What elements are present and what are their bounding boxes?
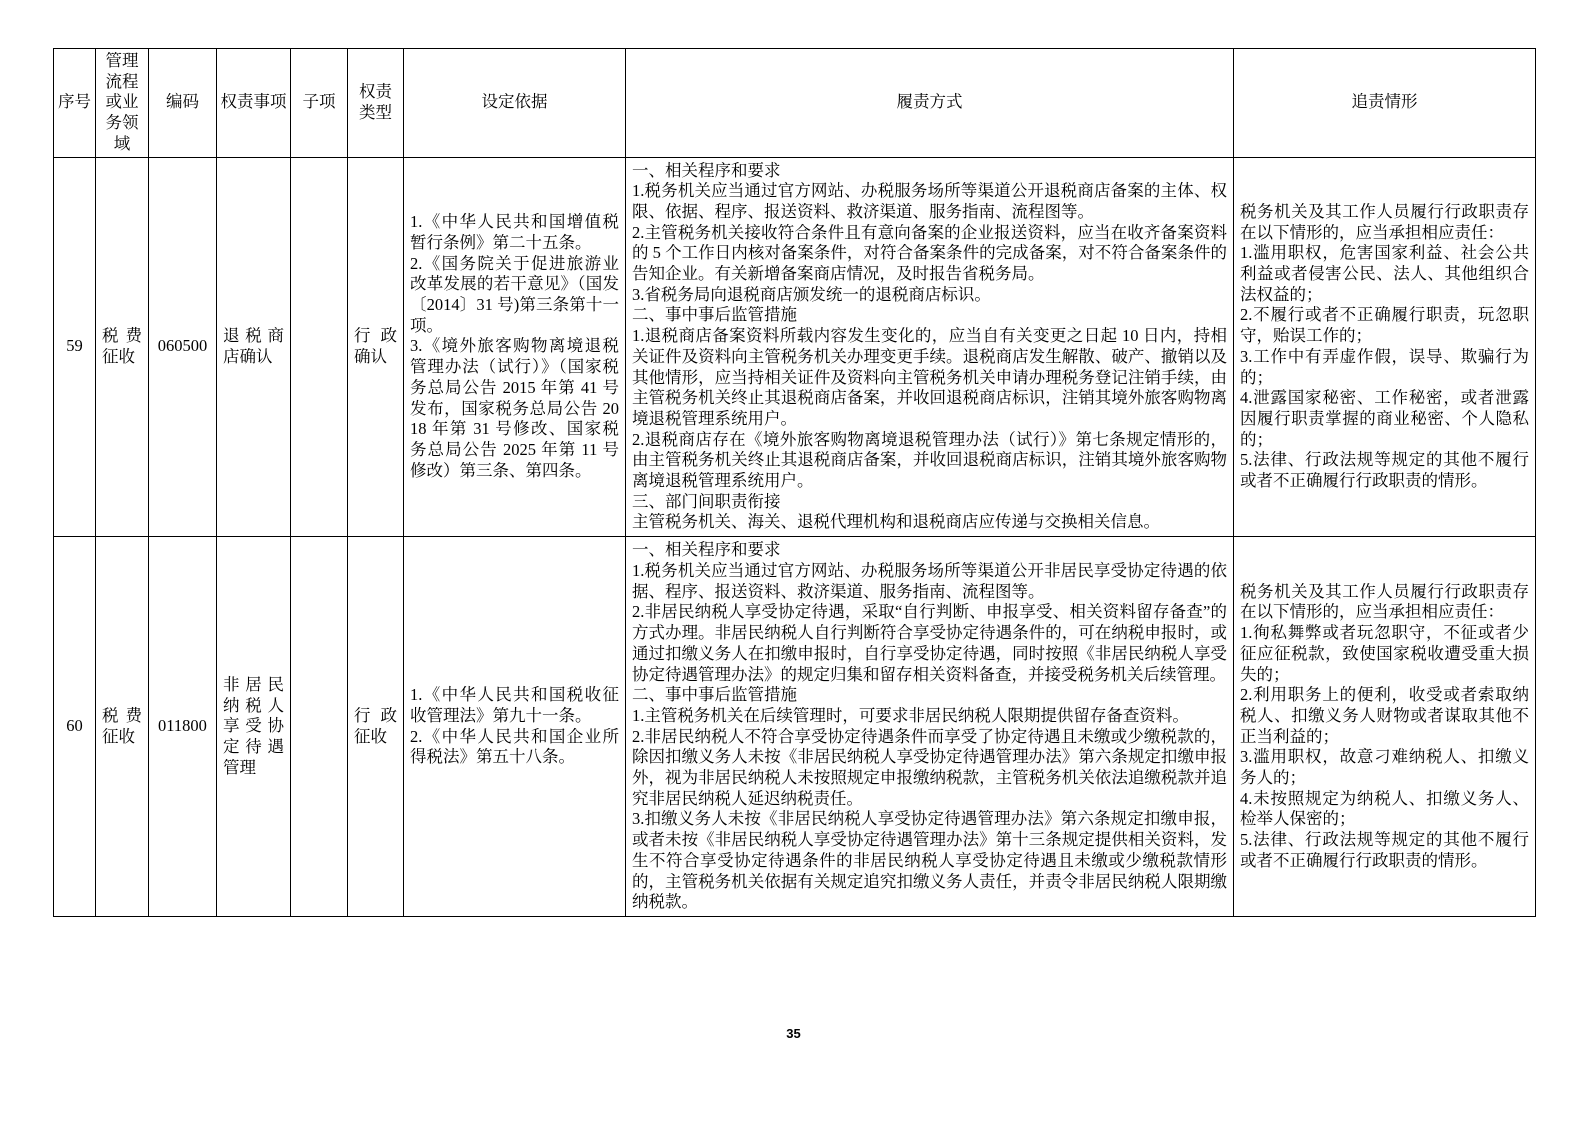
col-header-basis: 设定依据 xyxy=(404,49,626,158)
paragraph: 三、部门间职责衔接 xyxy=(632,492,1227,513)
document-page: 序号 管理流程或业务领域 编码 权责事项 子项 权责类型 设定依据 履责方式 追… xyxy=(0,0,1587,1122)
paragraph: 2.《国务院关于促进旅游业改革发展的若干意见》（国发〔2014〕31 号)第三条… xyxy=(410,254,619,337)
paragraph: 主管税务机关、海关、退税代理机构和退税商店应传递与交换相关信息。 xyxy=(632,512,1227,533)
paragraph: 2.退税商店存在《境外旅客购物离境退税管理办法（试行）》第七条规定情形的，由主管… xyxy=(632,430,1227,492)
paragraph: 二、事中事后监管措施 xyxy=(632,685,1227,706)
paragraph: 3.《境外旅客购物离境退税管理办法（试行）》（国家税务总局公告 2015 年第 … xyxy=(410,336,619,481)
table-header-row: 序号 管理流程或业务领域 编码 权责事项 子项 权责类型 设定依据 履责方式 追… xyxy=(54,49,1536,158)
cell-basis: 1.《中华人民共和国税收征收管理法》第九十一条。2.《中华人民共和国企业所得税法… xyxy=(404,537,626,917)
paragraph: 1.主管税务机关在后续管理时，可要求非居民纳税人限期提供留存备查资料。 xyxy=(632,706,1227,727)
paragraph: 3.扣缴义务人未按《非居民纳税人享受协定待遇管理办法》第六条规定扣缴申报，或者未… xyxy=(632,809,1227,913)
paragraph: 2.主管税务机关接收符合条件且有意向备案的企业报送资料，应当在收齐备案资料的 5… xyxy=(632,223,1227,285)
paragraph: 1.滥用职权，危害国家利益、社会公共利益或者侵害公民、法人、其他组织合法权益的； xyxy=(1240,243,1529,305)
cell-business-area: 税费征收 xyxy=(96,157,149,537)
cell-method: 一、相关程序和要求1.税务机关应当通过官方网站、办税服务场所等渠道公开退税商店备… xyxy=(626,157,1234,537)
cell-type: 行政确认 xyxy=(348,157,404,537)
paragraph: 1.退税商店备案资料所载内容发生变化的，应当自有关变更之日起 10 日内，持相关… xyxy=(632,326,1227,430)
cell-serial: 59 xyxy=(54,157,96,537)
cell-method: 一、相关程序和要求1.税务机关应当通过官方网站、办税服务场所等渠道公开非居民享受… xyxy=(626,537,1234,917)
cell-accountability: 税务机关及其工作人员履行行政职责存在以下情形的，应当承担相应责任：1.徇私舞弊或… xyxy=(1234,537,1536,917)
paragraph: 5.法律、行政法规等规定的其他不履行或者不正确履行行政职责的情形。 xyxy=(1240,830,1529,871)
cell-matter: 非居民纳税人享受协定待遇管理 xyxy=(217,537,291,917)
paragraph: 3.省税务局向退税商店颁发统一的退税商店标识。 xyxy=(632,285,1227,306)
cell-subitem xyxy=(291,537,348,917)
paragraph: 二、事中事后监管措施 xyxy=(632,305,1227,326)
paragraph: 4.泄露国家秘密、工作秘密，或者泄露因履行职责掌握的商业秘密、个人隐私的； xyxy=(1240,388,1529,450)
cell-basis: 1.《中华人民共和国增值税暂行条例》第二十五条。2.《国务院关于促进旅游业改革发… xyxy=(404,157,626,537)
paragraph: 1.徇私舞弊或者玩忽职守，不征或者少征应征税款，致使国家税收遭受重大损失的； xyxy=(1240,623,1529,685)
cell-subitem xyxy=(291,157,348,537)
col-header-matter: 权责事项 xyxy=(217,49,291,158)
cell-matter: 退税商店确认 xyxy=(217,157,291,537)
paragraph: 1.《中华人民共和国增值税暂行条例》第二十五条。 xyxy=(410,212,619,253)
page-number: 35 xyxy=(0,1026,1587,1041)
responsibility-list-table: 序号 管理流程或业务领域 编码 权责事项 子项 权责类型 设定依据 履责方式 追… xyxy=(53,48,1536,917)
paragraph: 2.利用职务上的便利，收受或者索取纳税人、扣缴义务人财物或者谋取其他不正当利益的… xyxy=(1240,685,1529,747)
paragraph: 一、相关程序和要求 xyxy=(632,161,1227,182)
paragraph: 2.《中华人民共和国企业所得税法》第五十八条。 xyxy=(410,727,619,768)
paragraph: 3.滥用职权，故意刁难纳税人、扣缴义务人的； xyxy=(1240,747,1529,788)
col-header-type: 权责类型 xyxy=(348,49,404,158)
cell-code: 060500 xyxy=(149,157,217,537)
paragraph: 5.法律、行政法规等规定的其他不履行或者不正确履行行政职责的情形。 xyxy=(1240,450,1529,491)
cell-type: 行政征收 xyxy=(348,537,404,917)
col-header-accountability: 追责情形 xyxy=(1234,49,1536,158)
paragraph: 1.税务机关应当通过官方网站、办税服务场所等渠道公开退税商店备案的主体、权限、依… xyxy=(632,181,1227,222)
cell-code: 011800 xyxy=(149,537,217,917)
col-header-method: 履责方式 xyxy=(626,49,1234,158)
paragraph: 税务机关及其工作人员履行行政职责存在以下情形的，应当承担相应责任： xyxy=(1240,582,1529,623)
paragraph: 2.不履行或者不正确履行职责，玩忽职守，贻误工作的； xyxy=(1240,305,1529,346)
cell-business-area: 税费征收 xyxy=(96,537,149,917)
col-header-serial: 序号 xyxy=(54,49,96,158)
paragraph: 2.非居民纳税人不符合享受协定待遇条件而享受了协定待遇且未缴或少缴税款的，除因扣… xyxy=(632,727,1227,810)
cell-serial: 60 xyxy=(54,537,96,917)
paragraph: 3.工作中有弄虚作假，误导、欺骗行为的； xyxy=(1240,347,1529,388)
cell-accountability: 税务机关及其工作人员履行行政职责存在以下情形的，应当承担相应责任：1.滥用职权，… xyxy=(1234,157,1536,537)
paragraph: 1.税务机关应当通过官方网站、办税服务场所等渠道公开非居民享受协定待遇的依据、程… xyxy=(632,561,1227,602)
table-row-60: 60 税费征收 011800 非居民纳税人享受协定待遇管理 行政征收 1.《中华… xyxy=(54,537,1536,917)
paragraph: 税务机关及其工作人员履行行政职责存在以下情形的，应当承担相应责任： xyxy=(1240,202,1529,243)
col-header-code: 编码 xyxy=(149,49,217,158)
col-header-business-area: 管理流程或业务领域 xyxy=(96,49,149,158)
paragraph: 一、相关程序和要求 xyxy=(632,540,1227,561)
paragraph: 4.未按照规定为纳税人、扣缴义务人、检举人保密的； xyxy=(1240,789,1529,830)
paragraph: 1.《中华人民共和国税收征收管理法》第九十一条。 xyxy=(410,685,619,726)
paragraph: 2.非居民纳税人享受协定待遇，采取“自行判断、申报享受、相关资料留存备查”的方式… xyxy=(632,602,1227,685)
table-row-59: 59 税费征收 060500 退税商店确认 行政确认 1.《中华人民共和国增值税… xyxy=(54,157,1536,537)
col-header-subitem: 子项 xyxy=(291,49,348,158)
